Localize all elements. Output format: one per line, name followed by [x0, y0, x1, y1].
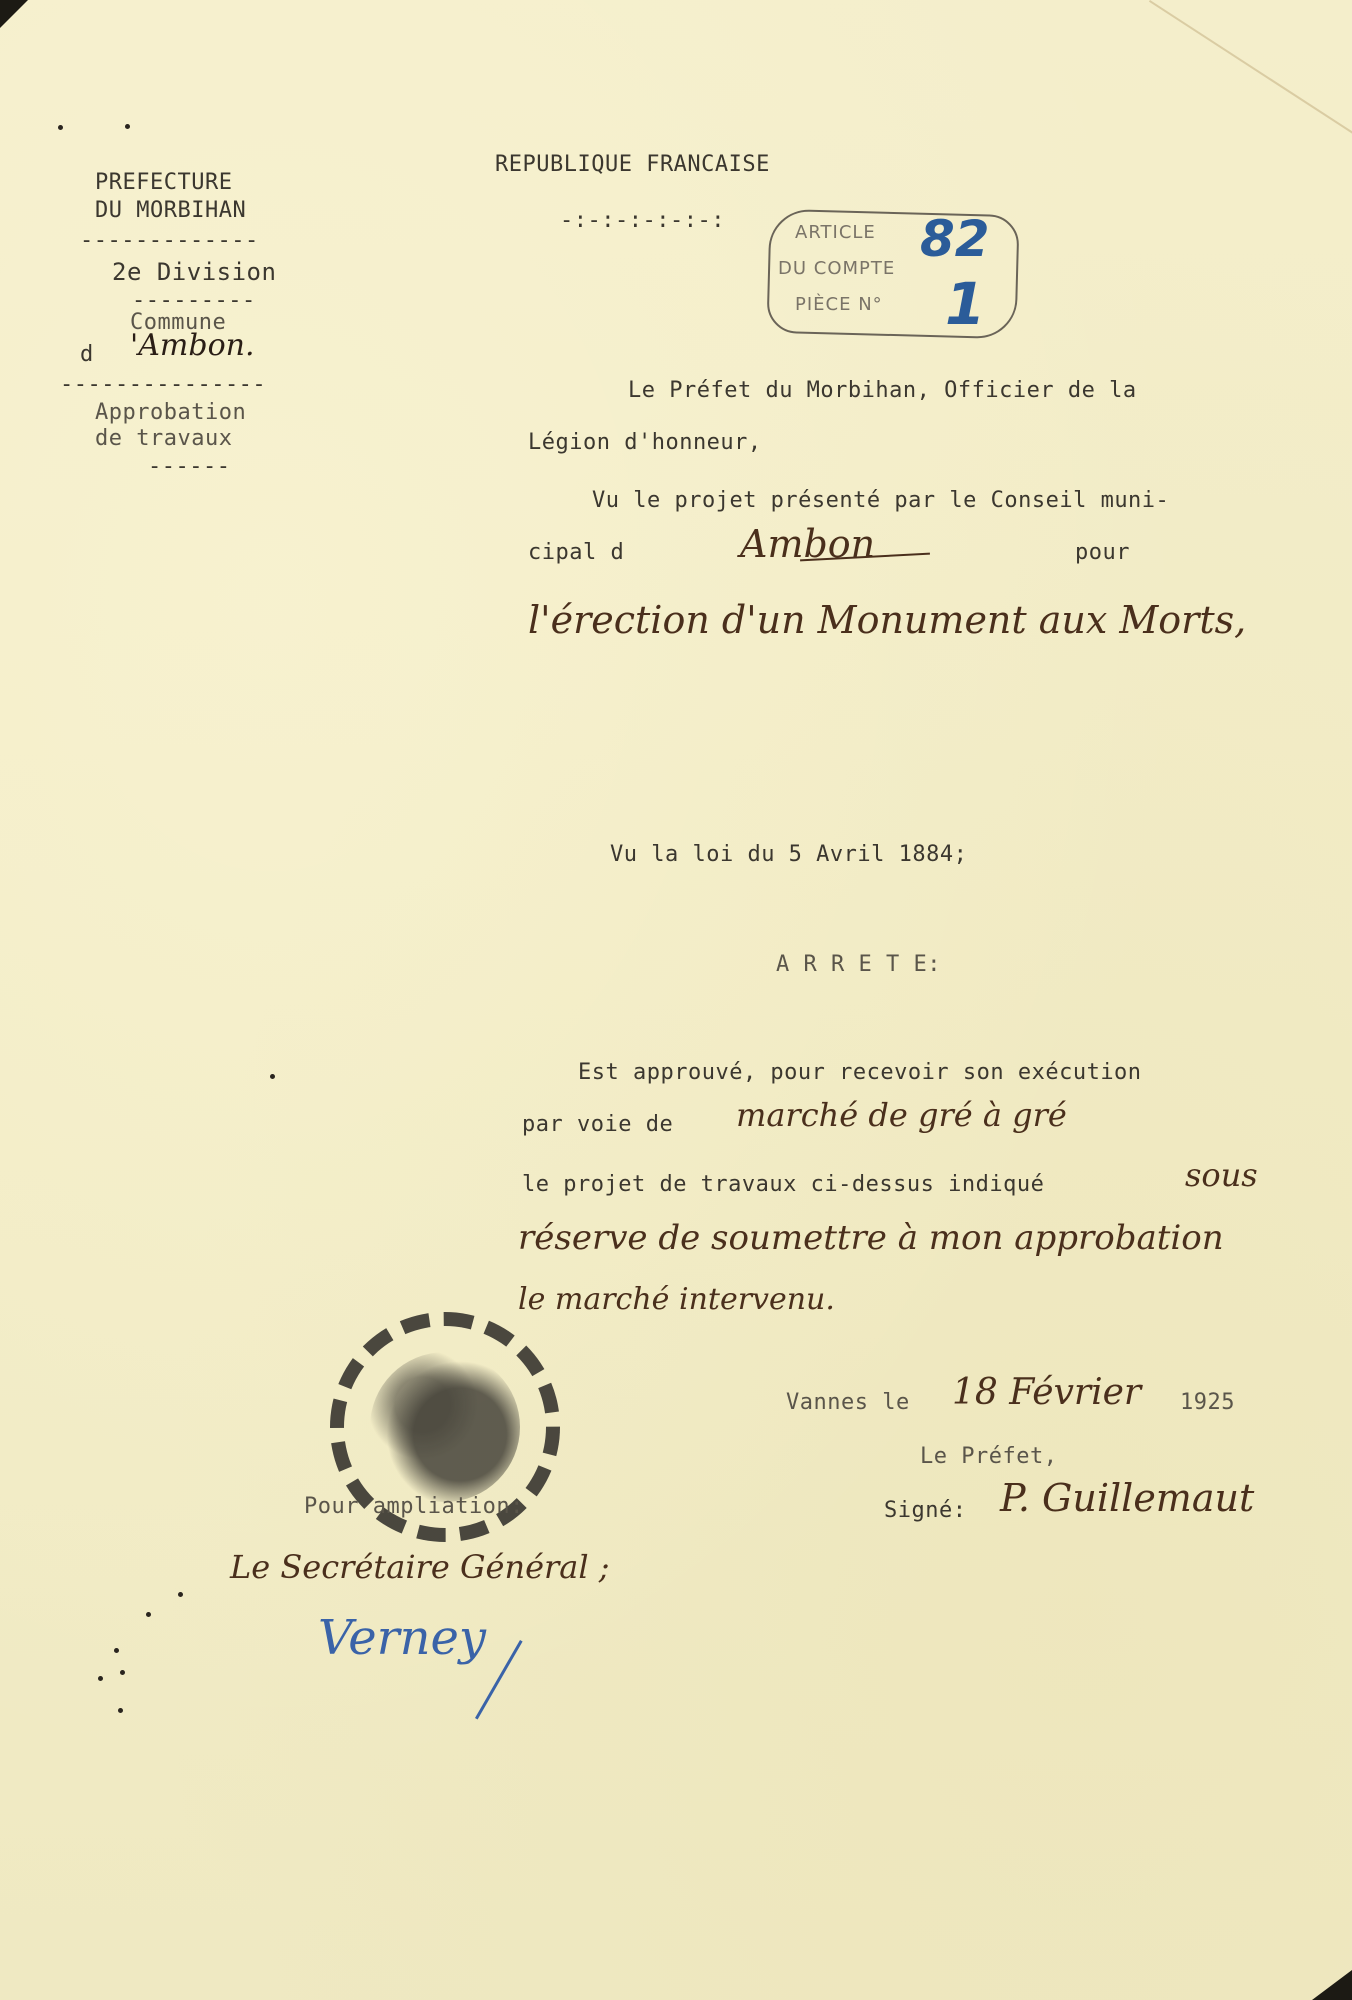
- separator: -------------: [80, 228, 259, 253]
- prefect-signature: P. Guillemaut: [1000, 1476, 1254, 1520]
- year: 1925: [1180, 1390, 1235, 1415]
- subject-line1: Approbation: [95, 400, 246, 425]
- cipal-prefix: cipal d: [528, 540, 624, 565]
- signed-label: Signé:: [884, 1498, 966, 1523]
- reserve-line2-handwritten: le marché intervenu.: [518, 1282, 835, 1317]
- seal-emblem: [370, 1352, 520, 1502]
- intro-line2: Légion d'honneur,: [528, 430, 762, 455]
- torn-corner: [1312, 1970, 1352, 2000]
- award-mode-handwritten: marché de gré à gré: [736, 1096, 1067, 1134]
- pour-label: pour: [1075, 540, 1130, 565]
- ink-dot: [98, 1676, 103, 1681]
- title-ornament: -:-:-:-:-:-:: [560, 208, 725, 233]
- ink-dot: [58, 125, 63, 130]
- separator: ------: [148, 454, 230, 479]
- arrete-heading: A R R E T E:: [776, 952, 941, 977]
- secretary-signature: Verney: [318, 1610, 486, 1666]
- commune-name-handwritten: 'Ambon.: [130, 328, 254, 363]
- stamp-line1: ARTICLE: [795, 222, 876, 243]
- ink-dot: [270, 1074, 275, 1079]
- document-page: PREFECTURE DU MORBIHAN ------------- 2e …: [0, 0, 1352, 2000]
- subject-line2: de travaux: [95, 426, 232, 451]
- prefect-title: Le Préfet,: [920, 1444, 1057, 1469]
- project-object-handwritten: l'érection d'un Monument aux Morts,: [528, 598, 1246, 642]
- ink-dot: [146, 1612, 151, 1617]
- reserve-line1-handwritten: réserve de soumettre à mon approbation: [518, 1218, 1224, 1258]
- reserve-start-handwritten: sous: [1185, 1156, 1258, 1194]
- date-handwritten: 18 Février: [952, 1372, 1141, 1413]
- vu-projet-line: Vu le projet présenté par le Conseil mun…: [592, 488, 1169, 513]
- place-date-prefix: Vannes le: [786, 1390, 910, 1415]
- torn-corner: [0, 0, 28, 28]
- stamp-line3: PIÈCE N°: [795, 294, 883, 315]
- republic-title: REPUBLIQUE FRANCAISE: [495, 152, 770, 177]
- stamp-line2: DU COMPTE: [778, 258, 895, 279]
- approved-line1: Est approuvé, pour recevoir son exécutio…: [578, 1060, 1142, 1085]
- secretary-title-handwritten: Le Secrétaire Général ;: [230, 1548, 610, 1586]
- ink-dot: [120, 1670, 125, 1675]
- article-number: 82: [920, 210, 990, 268]
- piece-number: 1: [945, 270, 985, 338]
- approved-prefix: par voie de: [522, 1112, 673, 1137]
- vu-loi-line: Vu la loi du 5 Avril 1884;: [610, 842, 967, 867]
- approved-line3: le projet de travaux ci-dessus indiqué: [522, 1172, 1044, 1197]
- ink-dot: [125, 124, 130, 129]
- paper-crease: [1149, 0, 1352, 143]
- ink-dot: [114, 1648, 119, 1653]
- ink-dot: [118, 1708, 123, 1713]
- separator: ---------------: [60, 372, 266, 397]
- division-label: 2e Division: [112, 258, 276, 286]
- ampliation-label: Pour ampliation:: [304, 1494, 524, 1519]
- commune-prefix: d: [80, 342, 94, 367]
- prefecture-line1: PREFECTURE: [95, 170, 232, 195]
- prefecture-line2: DU MORBIHAN: [95, 198, 246, 223]
- ink-dot: [178, 1592, 183, 1597]
- intro-line1: Le Préfet du Morbihan, Officier de la: [628, 378, 1137, 403]
